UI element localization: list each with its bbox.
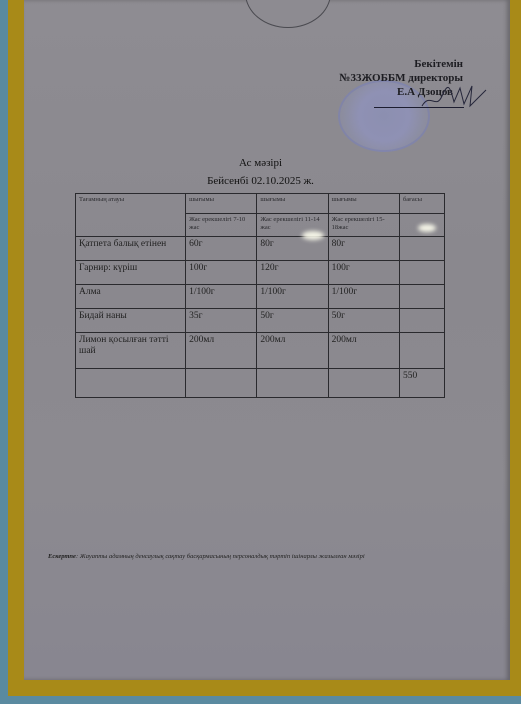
dish-name: Алма: [76, 285, 186, 309]
price: [399, 237, 444, 261]
price: [399, 285, 444, 309]
header-price: бағасы: [399, 194, 444, 214]
dish-name: Лимон қосылған тәтті шай: [76, 333, 186, 369]
footnote: Ескертпе: Жауапты адамның денсаулық сақт…: [48, 552, 473, 561]
portion-15-18: 100г: [328, 261, 399, 285]
portion-15-18: 50г: [328, 309, 399, 333]
portion-15-18: 1/100г: [328, 285, 399, 309]
table-row: Гарнир: күріш 100г 120г 100г: [76, 261, 445, 285]
total-empty-cell: [76, 369, 186, 398]
header-portion-2: шығымы: [257, 194, 328, 214]
portion-7-10: 60г: [186, 237, 257, 261]
footnote-text: Жауапты адамның денсаулық сақтау басқарм…: [80, 553, 365, 560]
total-empty-cell: [257, 369, 328, 398]
table-row: Қатпета балық етінен 60г 80г 80г: [76, 237, 445, 261]
menu-table: Тағамның атауы шығымы шығымы шығымы баға…: [75, 193, 445, 398]
footnote-label: Ескертпе: [48, 553, 76, 560]
portion-11-14: 1/100г: [257, 285, 328, 309]
portion-11-14: 200мл: [257, 333, 328, 369]
table-row: Алма 1/100г 1/100г 1/100г: [76, 285, 445, 309]
total-empty-cell: [328, 369, 399, 398]
table-row: Бидай наны 35г 50г 50г: [76, 309, 445, 333]
total-empty-cell: [186, 369, 257, 398]
signature-mark: [420, 82, 490, 112]
light-glare: [418, 224, 436, 232]
portion-11-14: 120г: [257, 261, 328, 285]
table-total-row: 550: [76, 369, 445, 398]
dish-name: Қатпета балық етінен: [76, 237, 186, 261]
header-portion-1: шығымы: [186, 194, 257, 214]
portion-15-18: 80г: [328, 237, 399, 261]
price: [399, 309, 444, 333]
price: [399, 261, 444, 285]
age-group-1: Жас ерекшелігі 7-10 жас: [186, 214, 257, 237]
portion-7-10: 200мл: [186, 333, 257, 369]
document-date: Бейсенбі 02.10.2025 ж.: [0, 175, 521, 187]
portion-15-18: 200мл: [328, 333, 399, 369]
portion-11-14: 50г: [257, 309, 328, 333]
portion-7-10: 1/100г: [186, 285, 257, 309]
approval-heading: Бекітемін: [414, 58, 463, 70]
portion-7-10: 35г: [186, 309, 257, 333]
age-group-3: Жас ерекшелігі 15-18жас: [328, 214, 399, 237]
price: [399, 333, 444, 369]
table-row: Лимон қосылған тәтті шай 200мл 200мл 200…: [76, 333, 445, 369]
total-price: 550: [399, 369, 444, 398]
portion-7-10: 100г: [186, 261, 257, 285]
document-title: Ас мәзірі: [0, 157, 521, 169]
folder-thumb-cutout: [245, 0, 331, 28]
table-header-row: Тағамның атауы шығымы шығымы шығымы баға…: [76, 194, 445, 214]
portion-11-14: 80г: [257, 237, 328, 261]
header-dish-name: Тағамның атауы: [76, 194, 186, 237]
header-portion-3: шығымы: [328, 194, 399, 214]
dish-name: Гарнир: күріш: [76, 261, 186, 285]
dish-name: Бидай наны: [76, 309, 186, 333]
light-glare: [302, 231, 324, 240]
